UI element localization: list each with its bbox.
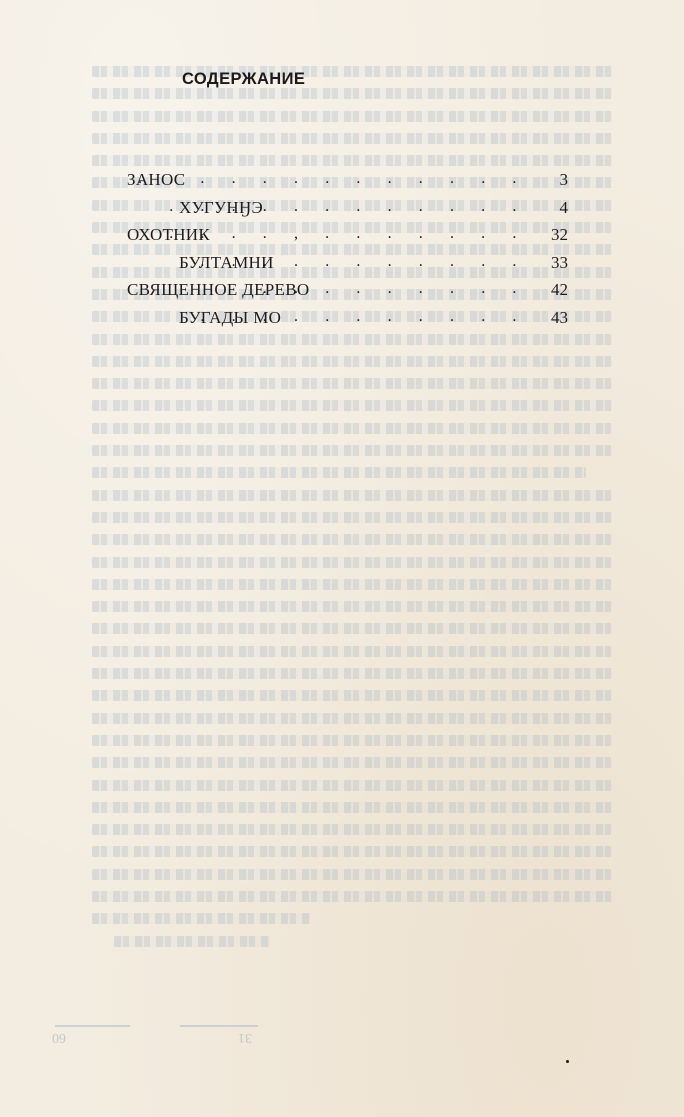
- book-page: 60 31 СОДЕРЖАНИЕ ЗАНОС . . . . . . . . .…: [0, 0, 684, 1117]
- bleed-through-line: [92, 423, 612, 434]
- bleed-through-line: [92, 646, 612, 657]
- bleed-through-line: [92, 356, 612, 367]
- toc-page-number: 43: [551, 308, 568, 328]
- bleed-through-page-footer: 60 31: [250, 1025, 450, 1045]
- bleed-through-line: [92, 869, 612, 880]
- bleed-through-line: [92, 557, 612, 568]
- toc-page-number: 33: [551, 253, 568, 273]
- toc-entry[interactable]: БУГАДЫ МО . . . . . . . . . . . 43: [127, 308, 568, 336]
- toc-leader-dots: . . . . . . . . . . . . .: [138, 170, 528, 188]
- bleed-page-number-right: 31: [238, 1029, 252, 1045]
- toc-page-number: 42: [551, 280, 568, 300]
- bleed-through-line: [92, 601, 612, 612]
- toc-entry[interactable]: ОХОТНИК . . . . , . . . . . . . 32: [127, 225, 568, 253]
- table-of-contents: ЗАНОС . . . . . . . . . . . . . 3 ХУГУНӇ…: [127, 170, 568, 335]
- bleed-through-line: [92, 445, 612, 456]
- toc-leader-dots: . . . . . . . . . . .: [200, 253, 528, 271]
- bleed-through-line: [92, 623, 612, 634]
- bleed-through-line: [92, 378, 612, 389]
- bleed-through-line: [92, 757, 612, 768]
- bleed-through-line: [92, 334, 612, 345]
- bleed-through-line: [92, 88, 612, 99]
- bleed-through-line: [92, 400, 612, 411]
- bleed-through-line: [92, 802, 612, 813]
- bleed-through-line: [92, 512, 612, 523]
- bleed-through-line: [92, 891, 612, 902]
- bleed-through-line: [92, 579, 612, 590]
- bleed-through-line: [92, 824, 612, 835]
- toc-leader-dots: . . . . . . . . .: [263, 280, 528, 298]
- toc-entry[interactable]: ХУГУНӇЭ . . . . . . . . . . . . 4: [127, 198, 568, 226]
- bleed-through-line: [92, 735, 612, 746]
- toc-leader-dots: . . . . , . . . . . . .: [169, 225, 528, 243]
- toc-entry[interactable]: ЗАНОС . . . . . . . . . . . . . 3: [127, 170, 568, 198]
- toc-leader-dots: . . . . . . . . . . .: [200, 308, 528, 326]
- toc-entry[interactable]: БУЛТАМНИ . . . . . . . . . . . 33: [127, 253, 568, 281]
- bleed-through-line: [92, 133, 612, 144]
- ink-speck: [566, 1060, 569, 1063]
- toc-page-number: 32: [551, 225, 568, 245]
- toc-leader-dots: . . . . . . . . . . . .: [169, 198, 528, 216]
- bleed-through-line: [114, 936, 270, 947]
- bleed-through-line: [92, 913, 310, 924]
- bleed-through-line: [92, 534, 612, 545]
- toc-page-number: 3: [560, 170, 569, 190]
- toc-page-number: 4: [560, 198, 569, 218]
- bleed-through-line: [92, 467, 586, 478]
- bleed-through-line: [92, 490, 612, 501]
- bleed-through-line: [92, 780, 612, 791]
- bleed-through-line: [92, 155, 612, 166]
- bleed-through-line: [92, 66, 612, 77]
- bleed-through-line: [92, 690, 612, 701]
- page-title: СОДЕРЖАНИЕ: [182, 70, 305, 89]
- bleed-rule-right: [180, 1025, 258, 1027]
- bleed-through-line: [92, 713, 612, 724]
- bleed-rule-left: [55, 1025, 130, 1027]
- bleed-through-line: [92, 846, 612, 857]
- bleed-through-line: [92, 668, 612, 679]
- toc-entry[interactable]: СВЯЩЕННОЕ ДЕРЕВО . . . . . . . . . 42: [127, 280, 568, 308]
- bleed-through-line: [92, 111, 612, 122]
- bleed-page-number-left: 60: [52, 1029, 66, 1045]
